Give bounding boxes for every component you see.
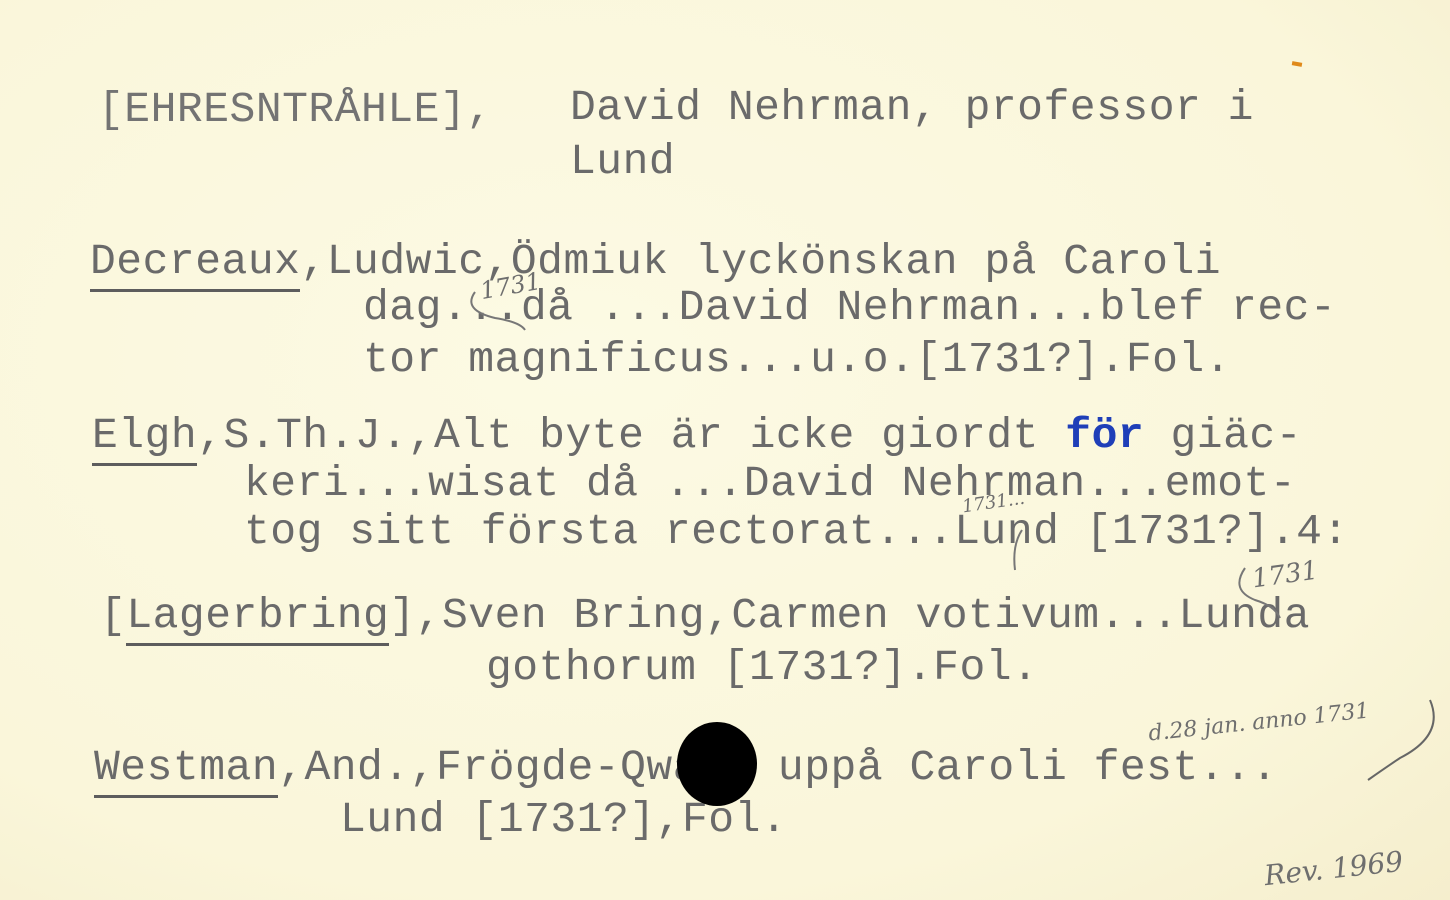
punch-hole <box>677 722 757 806</box>
catalog-card: [EHRESNTRÅHLE], David Nehrman, professor… <box>0 0 1450 900</box>
